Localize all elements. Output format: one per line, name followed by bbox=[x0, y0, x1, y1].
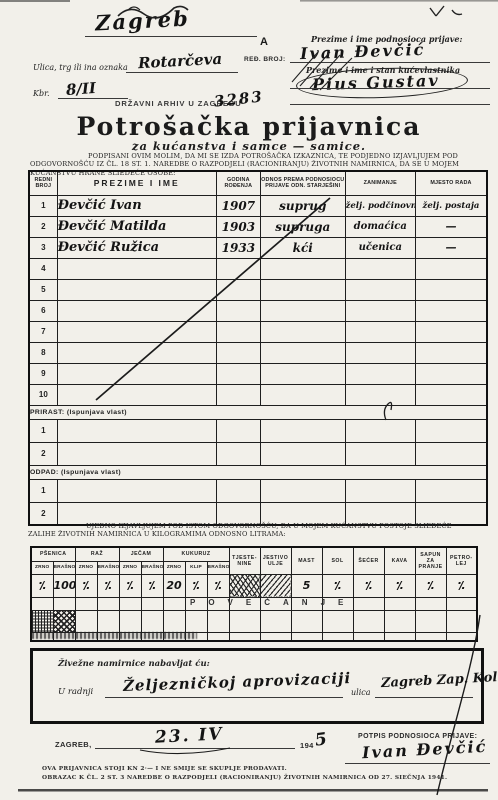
group-mast: MAST bbox=[291, 547, 322, 574]
table-row: 2 bbox=[29, 442, 487, 465]
member-workplace: želj. postaja bbox=[415, 195, 487, 216]
value-raz-zrno: ⁒ bbox=[75, 574, 97, 597]
shop-label: U radnji bbox=[58, 687, 93, 697]
row-num: 1 bbox=[29, 195, 57, 216]
signature-underline bbox=[345, 763, 490, 764]
member-name: Đevčić Matilda bbox=[57, 216, 216, 237]
shop-street-handwritten: Zagreb Zap. Kol. bbox=[381, 670, 498, 691]
group-ulje: JESTIVO ULJE bbox=[260, 547, 291, 574]
value-psenica-brasno: 100 bbox=[53, 574, 75, 597]
street-underline bbox=[126, 72, 238, 73]
kbr-label: Kbr. bbox=[33, 89, 50, 98]
sub-zrno: ZRNO bbox=[119, 561, 141, 574]
date-handwritten: 23. IV bbox=[155, 724, 225, 748]
sub-brasno: BRAŠNO bbox=[97, 561, 119, 574]
sub-zrno: ZRNO bbox=[75, 561, 97, 574]
hatched-row bbox=[31, 610, 477, 632]
table-row: 5 bbox=[29, 279, 487, 300]
value-secer: ⁒ bbox=[353, 574, 384, 597]
applicant-handwritten: Ivan Đevčić bbox=[300, 40, 426, 63]
col-header-odnos: ODNOS PREMA PODNOSIOCU PRIJAVE ODN. STAR… bbox=[260, 171, 345, 195]
row-num: 9 bbox=[29, 363, 57, 384]
povecanje-stamp: POVEĆANJE bbox=[190, 598, 356, 607]
row-num: 4 bbox=[29, 258, 57, 279]
value-raz-brasno: ⁒ bbox=[97, 574, 119, 597]
row-num: 8 bbox=[29, 342, 57, 363]
year-handwritten: 5 bbox=[314, 729, 329, 750]
value-petrolej: ⁒ bbox=[446, 574, 477, 597]
table-row: 3 Đevčić Ružica 1933 kći učenica — bbox=[29, 237, 487, 258]
shaded-cell-cross bbox=[53, 610, 75, 632]
member-workplace: — bbox=[415, 216, 487, 237]
member-year: 1907 bbox=[216, 195, 260, 216]
reg-broj-label: REĐ. BROJ: bbox=[244, 56, 286, 63]
applicant-underline bbox=[290, 62, 490, 63]
supplies-intro: UJEDNO IZJAVLJUJEM POD ISTOM ODGOVORNOŠĆ… bbox=[28, 522, 480, 539]
table-row: 7 bbox=[29, 321, 487, 342]
purchase-heading: Živežne namirnice nabavljat ću: bbox=[58, 659, 210, 669]
group-petrolej: PETRO-LEJ bbox=[446, 547, 477, 574]
row-num: 1 bbox=[29, 479, 57, 502]
col-header-mjesto: MJESTO RADA bbox=[415, 171, 487, 195]
value-mast: 5 bbox=[291, 574, 322, 597]
value-sapun: ⁒ bbox=[415, 574, 446, 597]
group-secer: ŠEĆER bbox=[353, 547, 384, 574]
scanned-form-page: { "archive": { "stamp": "DRŽAVNI ARHIV U… bbox=[0, 0, 498, 800]
shop-handwritten: Željezničkoj aprovizaciji bbox=[123, 669, 352, 695]
member-occupation: učenica bbox=[345, 237, 415, 258]
table-row: 9 bbox=[29, 363, 487, 384]
value-kukuruz-zrno: 20 bbox=[163, 574, 185, 597]
sub-brasno: BRAŠNO bbox=[141, 561, 163, 574]
group-tjestenine: TJESTE-NINE bbox=[229, 547, 260, 574]
shaded-cell-dense bbox=[31, 610, 53, 632]
member-workplace: — bbox=[415, 237, 487, 258]
table-row: 4 bbox=[29, 258, 487, 279]
members-table-wrapper: REDNI BROJ PREZIME I IME GODINA ROĐENJA … bbox=[28, 170, 489, 526]
value-sol: ⁒ bbox=[322, 574, 353, 597]
shaded-cell-tjestenine bbox=[229, 574, 260, 597]
group-sol: SOL bbox=[322, 547, 353, 574]
sub-zrno: ZRNO bbox=[163, 561, 185, 574]
row-num: 2 bbox=[29, 442, 57, 465]
street-handwritten: Rotarčeva bbox=[138, 50, 223, 72]
date-underline bbox=[95, 748, 295, 749]
row-num: 5 bbox=[29, 279, 57, 300]
prirast-label: PRIRAST: (Ispunjava vlast) bbox=[29, 405, 487, 419]
col-header-godina: GODINA ROĐENJA bbox=[216, 171, 260, 195]
col-header-rednibroj: REDNI BROJ bbox=[29, 171, 57, 195]
extra-underline bbox=[290, 104, 490, 105]
row-num: 3 bbox=[29, 237, 57, 258]
signature-handwritten: Ivan Đevčić bbox=[362, 737, 488, 763]
value-jecam-zrno: ⁒ bbox=[119, 574, 141, 597]
table-row: 2 Đevčić Matilda 1903 supruga domaćica — bbox=[29, 216, 487, 237]
odpad-label: ODPAD: (Ispunjava vlast) bbox=[29, 465, 487, 479]
supplies-table: PŠENICA RAŽ JEČAM KUKURUZ TJESTE-NINE JE… bbox=[30, 546, 478, 642]
table-row: 1 bbox=[29, 419, 487, 442]
city-date-label: ZAGREB, bbox=[55, 740, 92, 749]
row-num: 2 bbox=[29, 216, 57, 237]
table-row: 1 bbox=[29, 479, 487, 502]
row-num: 10 bbox=[29, 384, 57, 405]
year-printed: 194 bbox=[300, 741, 314, 750]
shop-underline bbox=[105, 697, 343, 698]
table-row: 10 bbox=[29, 384, 487, 405]
value-psenica-zrno: ⁒ bbox=[31, 574, 53, 597]
form-title: Potrošačka prijavnica bbox=[0, 112, 498, 141]
table-row: 1 Đevčić Ivan 1907 suprug želj. podčinov… bbox=[29, 195, 487, 216]
sub-brasno: BRAŠNO bbox=[207, 561, 229, 574]
street-label: Ulica, trg ili ina oznaka bbox=[33, 63, 128, 72]
value-kukuruz-brasno: ⁒ bbox=[207, 574, 229, 597]
purchase-box: Živežne namirnice nabavljat ću: U radnji… bbox=[30, 648, 484, 724]
group-kava: KAVA bbox=[384, 547, 415, 574]
group-jecam: JEČAM bbox=[119, 547, 163, 561]
member-relation: kći bbox=[260, 237, 345, 258]
kbr-handwritten: 8/II bbox=[65, 79, 96, 99]
col-header-zanimanje: ZANIMANJE bbox=[345, 171, 415, 195]
member-name: Đevčić Ivan bbox=[57, 195, 216, 216]
member-relation: suprug bbox=[260, 195, 345, 216]
city-handwritten: Zagreb bbox=[94, 6, 190, 36]
owner-underline bbox=[290, 88, 490, 89]
fineprint-line2: OBRAZAC K ČL. 2 ST. 3 NAREDBE O RAZPODJE… bbox=[42, 774, 447, 783]
member-occupation: želj. podčinovnik bbox=[345, 195, 415, 216]
group-kukuruz: KUKURUZ bbox=[163, 547, 229, 561]
fineprint-line1: OVA PRIJAVNICA STOJI KN 2·— I NE SMIJE S… bbox=[42, 765, 287, 774]
sub-klip: KLIP bbox=[185, 561, 207, 574]
row-num: 7 bbox=[29, 321, 57, 342]
ulica-label: ulica bbox=[351, 688, 371, 697]
member-name: Đevčić Ružica bbox=[57, 237, 216, 258]
value-kava: ⁒ bbox=[384, 574, 415, 597]
shop-street-underline bbox=[375, 697, 473, 698]
city-underline bbox=[85, 36, 257, 37]
archive-number-handwritten: 3283 bbox=[213, 87, 264, 110]
member-year: 1903 bbox=[216, 216, 260, 237]
members-table: REDNI BROJ PREZIME I IME GODINA ROĐENJA … bbox=[28, 170, 488, 526]
sub-brasno: BRAŠNO bbox=[53, 561, 75, 574]
member-year: 1933 bbox=[216, 237, 260, 258]
group-raz: RAŽ bbox=[75, 547, 119, 561]
illegible-stamp bbox=[32, 632, 197, 639]
row-num: 1 bbox=[29, 419, 57, 442]
corner-letter: A bbox=[260, 36, 268, 48]
group-psenica: PŠENICA bbox=[31, 547, 75, 561]
sub-zrno: ZRNO bbox=[31, 561, 53, 574]
form-subtitle: za kućanstva i samce — samice. bbox=[0, 139, 498, 153]
row-num: 6 bbox=[29, 300, 57, 321]
supplies-table-wrapper: PŠENICA RAŽ JEČAM KUKURUZ TJESTE-NINE JE… bbox=[30, 546, 480, 642]
group-sapun: SAPUN ZA PRANJE bbox=[415, 547, 446, 574]
col-header-prezime: PREZIME I IME bbox=[57, 171, 216, 195]
member-occupation: domaćica bbox=[345, 216, 415, 237]
member-relation: supruga bbox=[260, 216, 345, 237]
table-row: 6 bbox=[29, 300, 487, 321]
table-row: 8 bbox=[29, 342, 487, 363]
supplies-values-row: ⁒ 100 ⁒ ⁒ ⁒ ⁒ 20 ⁒ ⁒ 5 ⁒ ⁒ ⁒ ⁒ ⁒ bbox=[31, 574, 477, 597]
value-kukuruz-klip: ⁒ bbox=[185, 574, 207, 597]
shaded-cell-ulje bbox=[260, 574, 291, 597]
value-jecam-brasno: ⁒ bbox=[141, 574, 163, 597]
